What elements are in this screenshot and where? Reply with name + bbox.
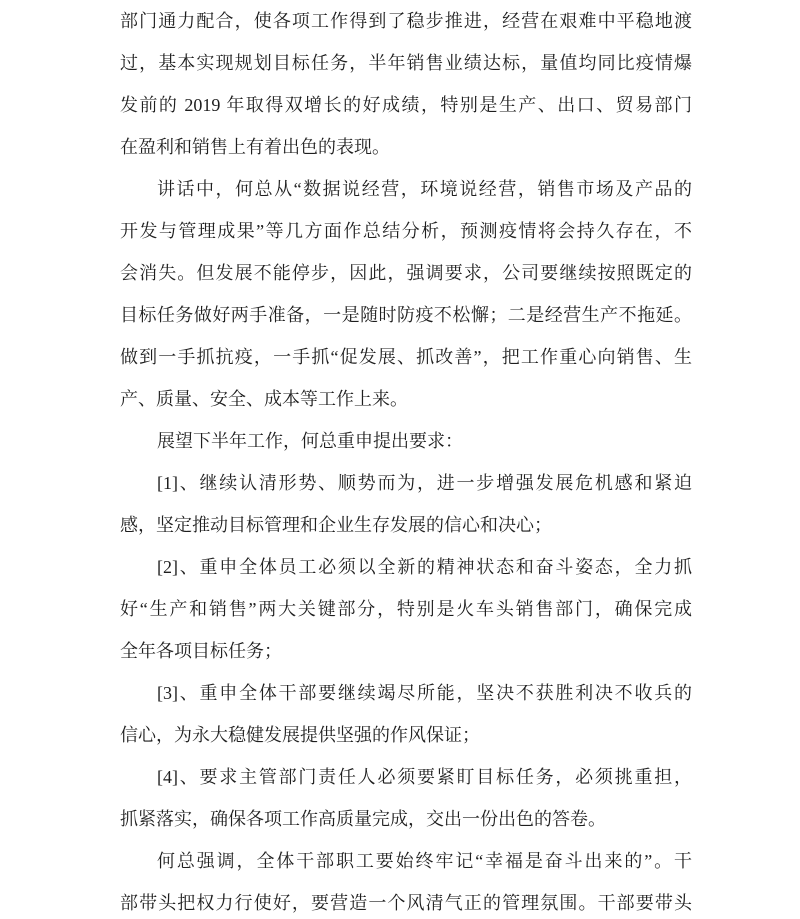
text-line: 部门通力配合，使各项工作得到了稳步推进，经营在艰难中平稳地渡: [120, 0, 692, 42]
text-line: [3]、重申全体干部要继续竭尽所能，坚决不获胜利决不收兵的: [120, 672, 692, 714]
paragraph: 何总强调，全体干部职工要始终牢记“幸福是奋斗出来的”。干部带头把权力行使好，要营…: [120, 840, 692, 919]
text-line: 何总强调，全体干部职工要始终牢记“幸福是奋斗出来的”。干: [120, 840, 692, 882]
text-line: 产、质量、安全、成本等工作上来。: [120, 378, 692, 420]
text-line: 全年各项目标任务；: [120, 630, 692, 672]
text-line: 展望下半年工作，何总重申提出要求：: [120, 420, 692, 462]
text-line: 讲话中，何总从“数据说经营，环境说经营，销售市场及产品的: [120, 168, 692, 210]
paragraph: [3]、重申全体干部要继续竭尽所能，坚决不获胜利决不收兵的信心，为永大稳健发展提…: [120, 672, 692, 756]
paragraph: [2]、重申全体员工必须以全新的精神状态和奋斗姿态，全力抓好“生产和销售”两大关…: [120, 546, 692, 672]
paragraph: [1]、继续认清形势、顺势而为，进一步增强发展危机感和紧迫感，坚定推动目标管理和…: [120, 462, 692, 546]
document-page: 部门通力配合，使各项工作得到了稳步推进，经营在艰难中平稳地渡过，基本实现规划目标…: [0, 0, 800, 919]
text-line: 过，基本实现规划目标任务，半年销售业绩达标，量值均同比疫情爆: [120, 42, 692, 84]
text-line: 感，坚定推动目标管理和企业生存发展的信心和决心；: [120, 504, 692, 546]
paragraph: 讲话中，何总从“数据说经营，环境说经营，销售市场及产品的开发与管理成果”等几方面…: [120, 168, 692, 420]
text-line: 目标任务做好两手准备，一是随时防疫不松懈；二是经营生产不拖延。: [120, 294, 692, 336]
text-line: 好“生产和销售”两大关键部分，特别是火车头销售部门，确保完成: [120, 588, 692, 630]
text-line: 部带头把权力行使好，要营造一个风清气正的管理氛围。干部要带头: [120, 882, 692, 919]
text-line: 做到一手抓抗疫，一手抓“促发展、抓改善”，把工作重心向销售、生: [120, 336, 692, 378]
paragraph: 展望下半年工作，何总重申提出要求：: [120, 420, 692, 462]
text-line: 会消失。但发展不能停步，因此，强调要求，公司要继续按照既定的: [120, 252, 692, 294]
text-line: [2]、重申全体员工必须以全新的精神状态和奋斗姿态，全力抓: [120, 546, 692, 588]
paragraph: 部门通力配合，使各项工作得到了稳步推进，经营在艰难中平稳地渡过，基本实现规划目标…: [120, 0, 692, 168]
text-line: [1]、继续认清形势、顺势而为，进一步增强发展危机感和紧迫: [120, 462, 692, 504]
document-text-block: 部门通力配合，使各项工作得到了稳步推进，经营在艰难中平稳地渡过，基本实现规划目标…: [120, 0, 692, 919]
text-line: 信心，为永大稳健发展提供坚强的作风保证；: [120, 714, 692, 756]
text-line: 发前的 2019 年取得双增长的好成绩，特别是生产、出口、贸易部门: [120, 84, 692, 126]
text-line: [4]、要求主管部门责任人必须要紧盯目标任务，必须挑重担，: [120, 756, 692, 798]
text-line: 在盈利和销售上有着出色的表现。: [120, 126, 692, 168]
text-line: 开发与管理成果”等几方面作总结分析，预测疫情将会持久存在，不: [120, 210, 692, 252]
text-line: 抓紧落实，确保各项工作高质量完成，交出一份出色的答卷。: [120, 798, 692, 840]
paragraph: [4]、要求主管部门责任人必须要紧盯目标任务，必须挑重担，抓紧落实，确保各项工作…: [120, 756, 692, 840]
